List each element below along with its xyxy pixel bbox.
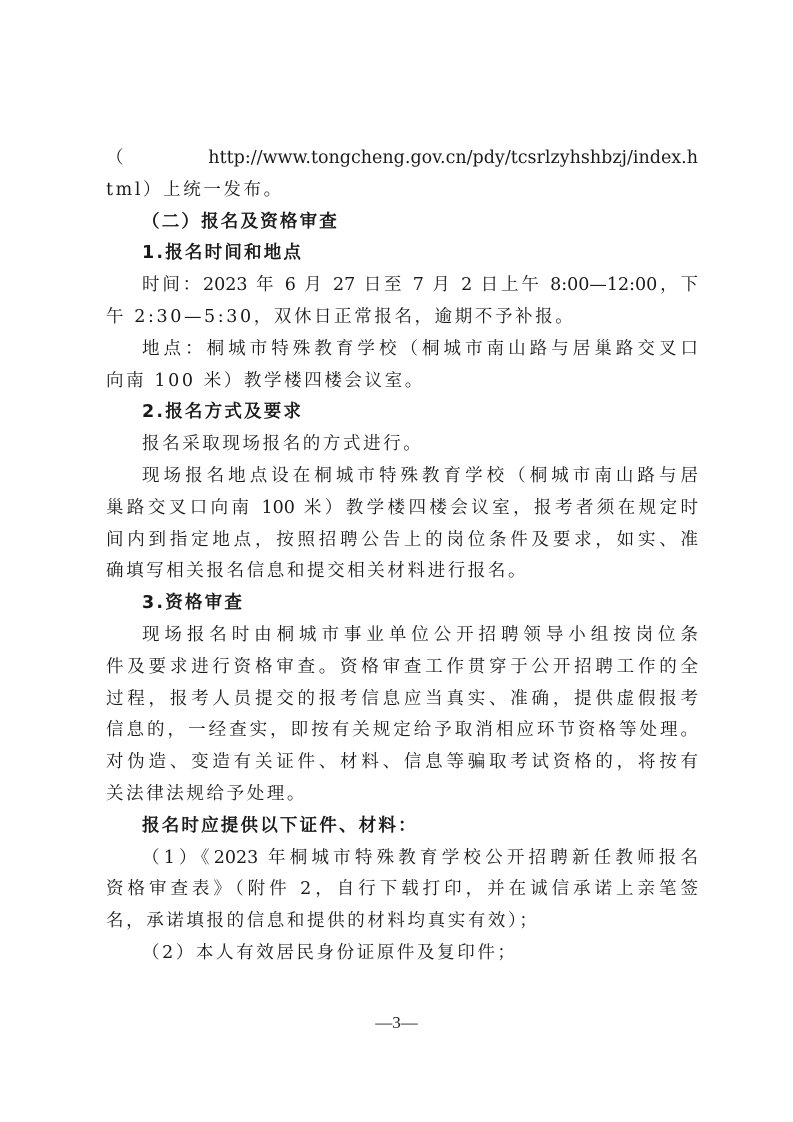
text-line: 对伪造、变造有关证件、材料、信息等骗取考试资格的，将按有 [106,747,698,779]
list-item: （2）本人有效居民身份证原件及复印件； [106,938,698,970]
list-item: （1）《2023 年桐城市特殊教育学校公开招聘新任教师报名 [106,843,698,875]
subsection-heading: 1.报名时间和地点 [106,238,698,270]
text-line: 件及要求进行资格审查。资格审查工作贯穿于公开招聘工作的全 [106,652,698,684]
text-line: 间内到指定地点，按照招聘公告上的岗位条件及要求，如实、准 [106,525,698,557]
text-line: 过程，报考人员提交的报考信息应当真实、准确，提供虚假报考 [106,684,698,716]
text-line: 午 2:30—5:30，双休日正常报名，逾期不予补报。 [106,302,698,334]
text-line: 现场报名时由桐城市事业单位公开招聘领导小组按岗位条 [106,620,698,652]
text-line: tml）上统一发布。 [106,175,698,207]
text-line: 关法律法规给予处理。 [106,779,698,811]
document-body: （http://www.tongcheng.gov.cn/pdy/tcsrlzy… [106,143,698,970]
list-item-continuation: 资格审查表》（附件 2，自行下载打印，并在诚信承诺上亲笔签 [106,874,698,906]
text-line: 现场报名地点设在桐城市特殊教育学校（桐城市南山路与居 [106,461,698,493]
subsection-heading: 3.资格审查 [106,588,698,620]
list-item-continuation: 名，承诺填报的信息和提供的材料均真实有效）； [106,906,698,938]
text-line: 向南 100 米）教学楼四楼会议室。 [106,366,698,398]
materials-heading: 报名时应提供以下证件、材料： [106,811,698,843]
text-line: 时间：2023 年 6 月 27 日至 7 月 2 日上午 8:00—12:00… [106,270,698,302]
text-line: 地点：桐城市特殊教育学校（桐城市南山路与居巢路交叉口 [106,334,698,366]
subsection-heading: 2.报名方式及要求 [106,397,698,429]
text-line: 信息的，一经查实，即按有关规定给予取消相应环节资格等处理。 [106,715,698,747]
document-page: （http://www.tongcheng.gov.cn/pdy/tcsrlzy… [0,0,793,1122]
text-line: 巢路交叉口向南 100 米）教学楼四楼会议室，报考者须在规定时 [106,493,698,525]
page-number: —3— [0,1013,793,1033]
section-heading: （二）报名及资格审查 [106,207,698,239]
text-line: （http://www.tongcheng.gov.cn/pdy/tcsrlzy… [106,143,698,175]
text-line: 报名采取现场报名的方式进行。 [106,429,698,461]
text-line: 确填写相关报名信息和提交相关材料进行报名。 [106,556,698,588]
